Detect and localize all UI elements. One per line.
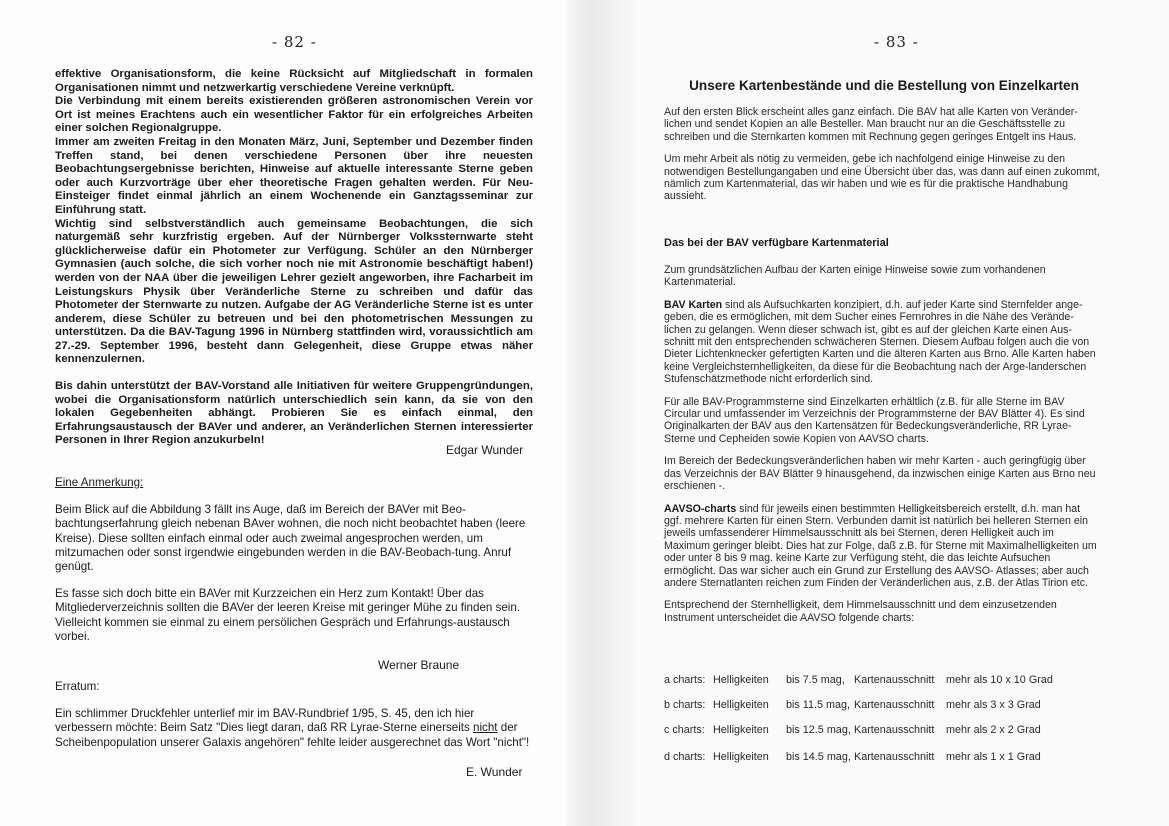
chart-type-label: b charts: xyxy=(664,699,705,711)
magnitude-value: bis 7.5 mag, xyxy=(786,674,845,686)
bav-karten-paragraph: BAV Karten sind als Aufsuchkarten konzip… xyxy=(664,299,1100,386)
article-signature: Edgar Wunder xyxy=(446,443,523,457)
note-heading: Eine Anmerkung: xyxy=(55,476,533,490)
bav-karten-lead: BAV Karten xyxy=(664,299,722,311)
article-paragraph: Wichtig sind selbstverständlich auch gem… xyxy=(55,218,533,368)
section-intro: Zum grundsätzlichen Aufbau der Karten ei… xyxy=(664,264,1100,289)
aavso-paragraph: AAVSO-charts sind für jeweils einen best… xyxy=(664,503,1100,590)
intro-paragraph: Auf den ersten Blick erscheint alles gan… xyxy=(664,106,1100,143)
article-continuation: effektive Organisationsform, die keine R… xyxy=(55,68,533,448)
bav-karten-text: sind als Aufsuchkarten konzipiert, d.h. … xyxy=(664,299,1096,385)
aavso-lead: AAVSO-charts xyxy=(664,503,736,515)
chart-type-label: a charts: xyxy=(664,674,705,686)
field-size-value: mehr als 1 x 1 Grad xyxy=(946,751,1041,763)
field-label: Kartenausschnitt xyxy=(854,674,934,686)
book-gutter xyxy=(566,0,636,826)
field-size-value: mehr als 10 x 10 Grad xyxy=(946,674,1053,686)
chart-type-label: c charts: xyxy=(664,724,705,736)
article-paragraph: Die Verbindung mit einem bereits existie… xyxy=(55,95,533,136)
field-label: Kartenausschnitt xyxy=(854,724,934,736)
article-title: Unsere Kartenbestände und die Bestellung… xyxy=(664,78,1104,93)
erratum-text: Ein schlimmer Druckfehler unterlief mir … xyxy=(55,707,533,750)
kartenmaterial-section: Zum grundsätzlichen Aufbau der Karten ei… xyxy=(664,264,1100,624)
bedeckung-paragraph: Im Bereich der Bedeckungsveränderlichen … xyxy=(664,455,1100,492)
article-paragraph: effektive Organisationsform, die keine R… xyxy=(55,68,533,95)
field-label: Kartenausschnitt xyxy=(854,699,934,711)
chart-type-label: d charts: xyxy=(664,751,705,763)
brightness-label: Helligkeiten xyxy=(713,674,769,686)
field-label: Kartenausschnitt xyxy=(854,751,934,763)
page-number-left: - 82 - xyxy=(272,33,317,51)
erratum-heading: Erratum: xyxy=(55,680,533,694)
erratum-signature: E. Wunder xyxy=(466,765,522,779)
magnitude-value: bis 12.5 mag, xyxy=(786,724,851,736)
brightness-label: Helligkeiten xyxy=(713,751,769,763)
note-paragraph: Es fasse sich doch bitte ein BAVer mit K… xyxy=(55,587,533,644)
note-paragraph: Beim Blick auf die Abbildung 3 fällt ins… xyxy=(55,503,533,574)
brightness-label: Helligkeiten xyxy=(713,724,769,736)
chart-type-row: d charts: Helligkeiten bis 14.5 mag, Kar… xyxy=(664,751,670,823)
section-heading: Das bei der BAV verfügbare Kartenmateria… xyxy=(664,237,889,249)
intro-section: Auf den ersten Blick erscheint alles gan… xyxy=(664,106,1100,203)
erratum-section: Erratum: Ein schlimmer Druckfehler unter… xyxy=(55,680,533,750)
brightness-label: Helligkeiten xyxy=(713,699,769,711)
field-size-value: mehr als 2 x 2 Grad xyxy=(946,724,1041,736)
charts-intro: Entsprechend der Sternhelligkeit, dem Hi… xyxy=(664,599,1100,624)
aavso-text: sind für jeweils einen bestimmten Hellig… xyxy=(664,503,1097,589)
magnitude-value: bis 11.5 mag, xyxy=(786,699,850,711)
programmsterne-paragraph: Für alle BAV-Programmsterne sind Einzelk… xyxy=(664,396,1100,446)
note-signature: Werner Braune xyxy=(378,658,459,672)
page-number-right: - 83 - xyxy=(874,33,919,51)
field-size-value: mehr als 3 x 3 Grad xyxy=(946,699,1041,711)
intro-paragraph: Um mehr Arbeit als nötig zu vermeiden, g… xyxy=(664,153,1100,203)
note-section: Eine Anmerkung: Beim Blick auf die Abbil… xyxy=(55,476,533,644)
erratum-emphasis: nicht xyxy=(473,721,498,734)
magnitude-value: bis 14.5 mag, xyxy=(786,751,851,763)
erratum-text-part: Ein schlimmer Druckfehler unterlief mir … xyxy=(55,707,474,734)
article-paragraph: Immer am zweiten Freitag in den Monaten … xyxy=(55,136,533,218)
article-paragraph: Bis dahin unterstützt der BAV-Vorstand a… xyxy=(55,380,533,448)
